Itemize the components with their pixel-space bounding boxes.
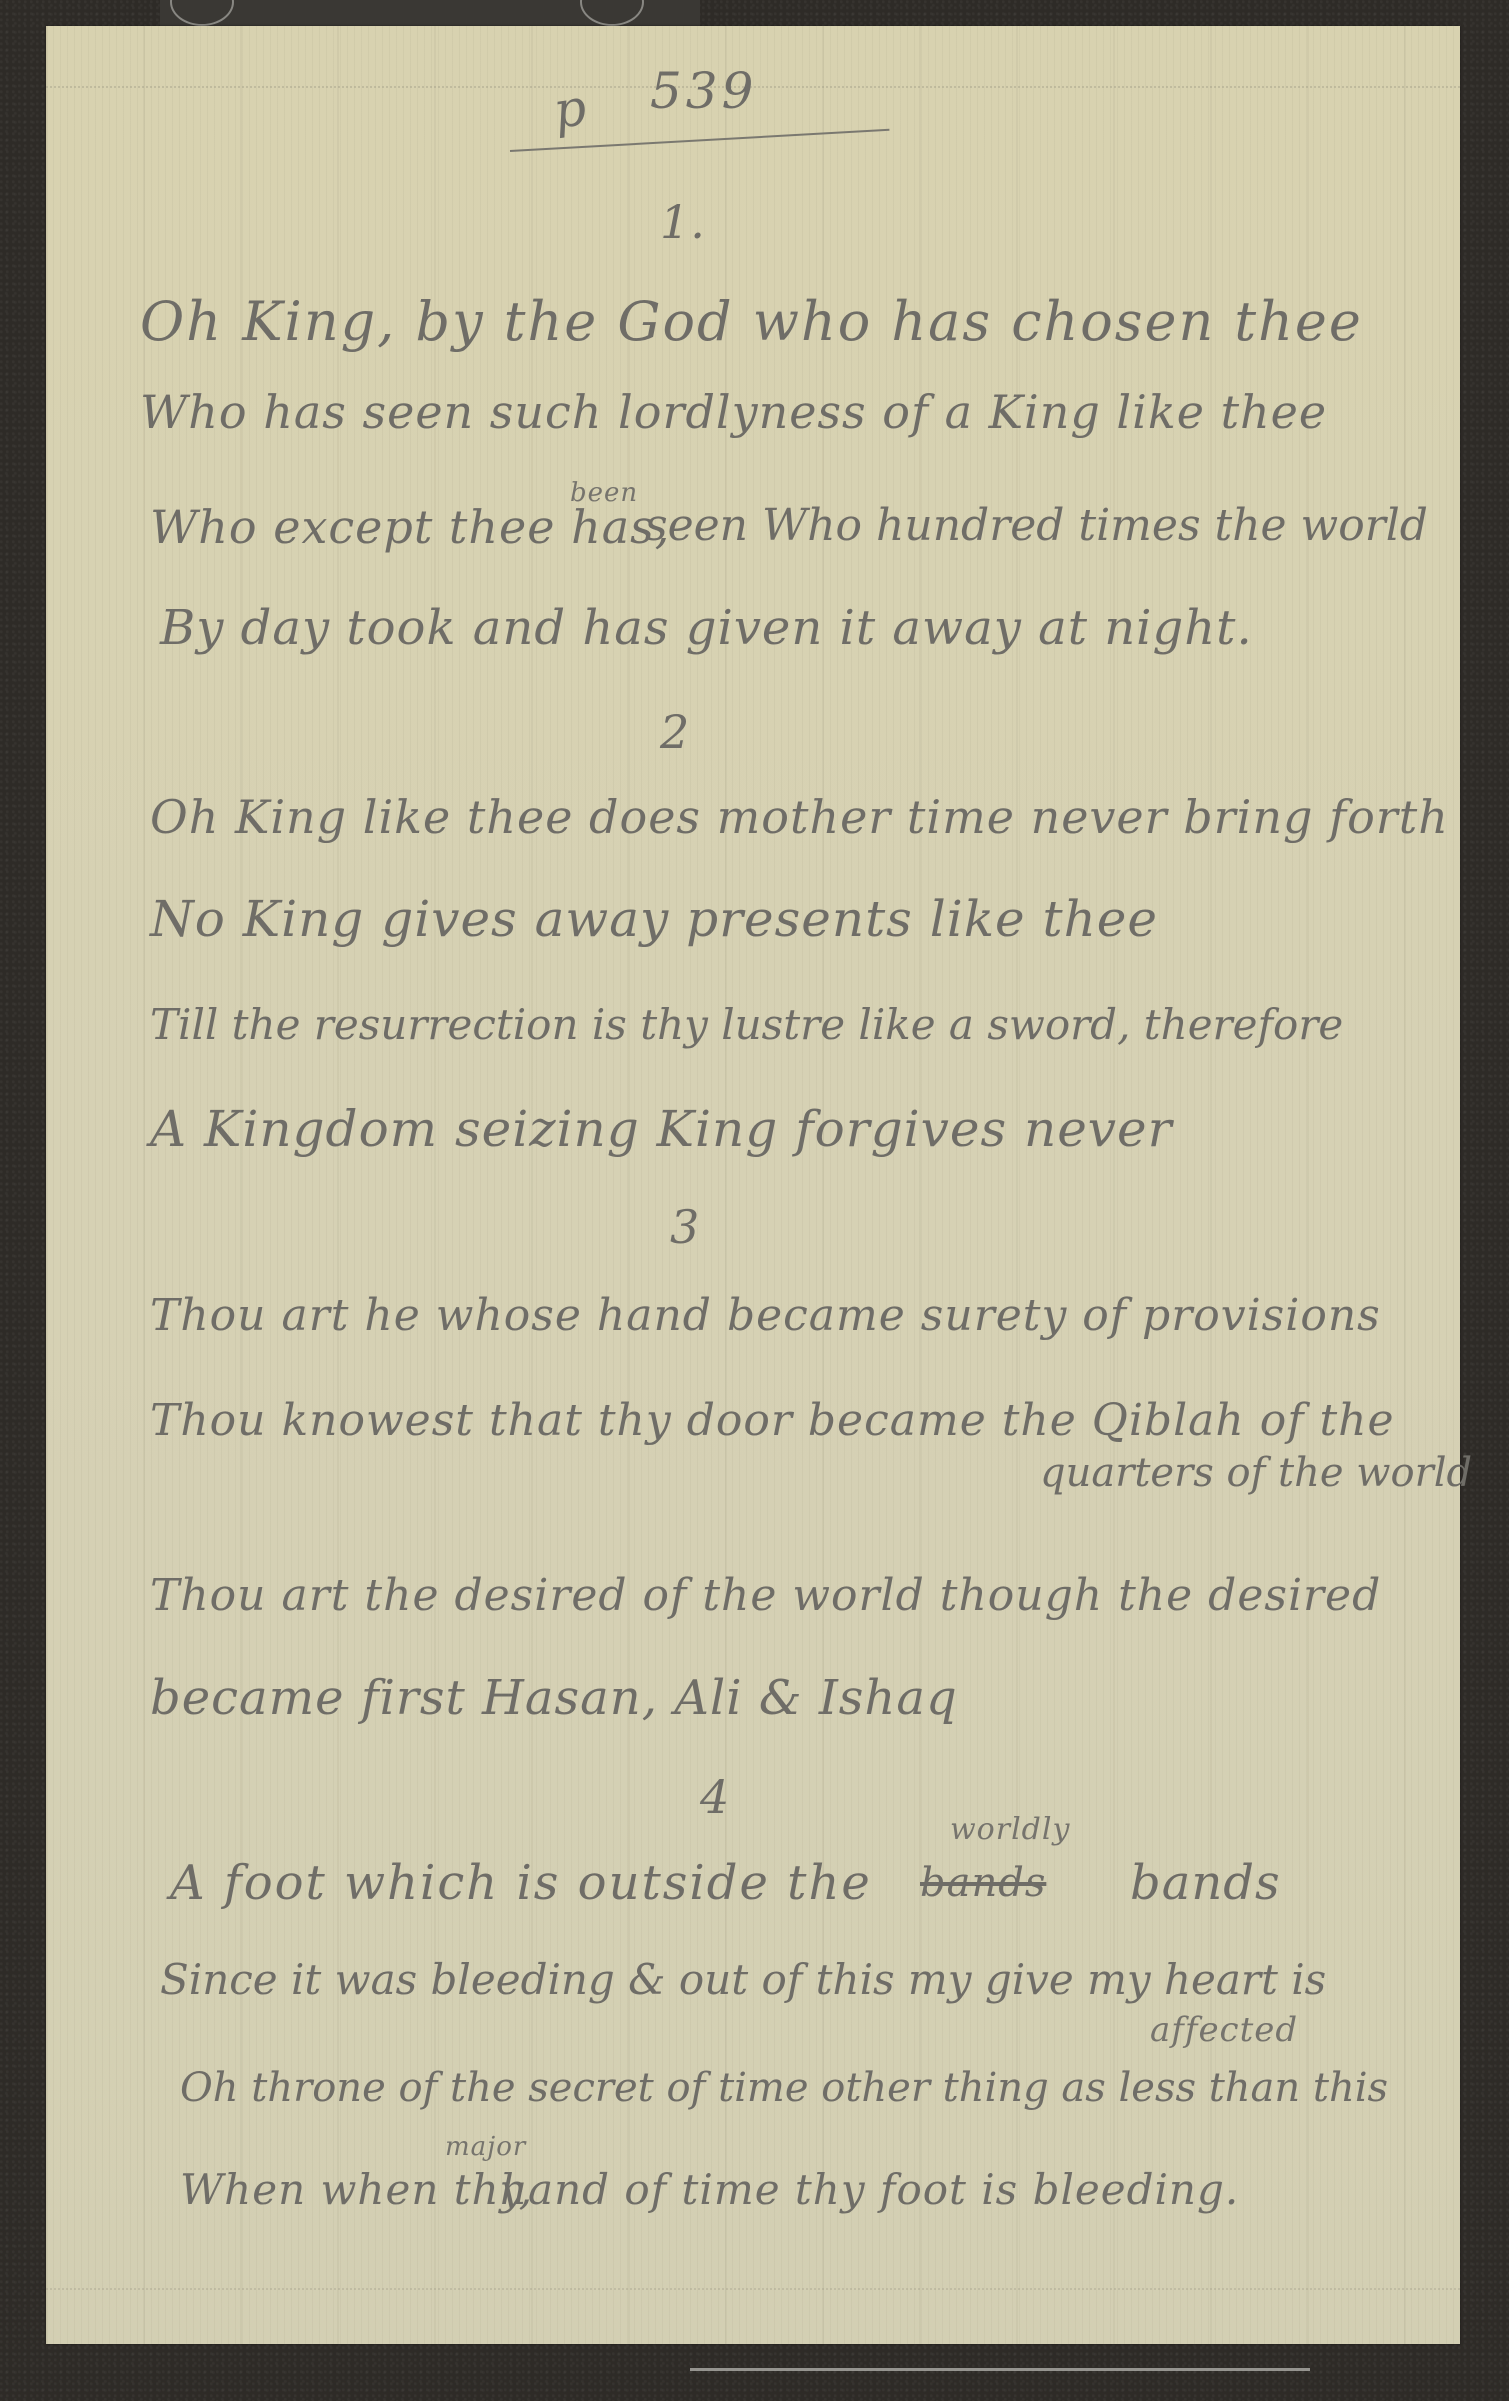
stanza-3-line-2-continuation: quarters of the world — [1040, 1450, 1472, 1496]
stanza-4-insertion-affected: affected — [1150, 2010, 1298, 2050]
stanza-4-struck-word: bands — [920, 1860, 1046, 1906]
stanza-4-line-1a: A foot which is outside the — [170, 1855, 872, 1911]
stanza-3-line-4: became first Hasan, Ali & Ishaq — [150, 1670, 958, 1726]
stanza-1-insertion-been: been — [570, 478, 638, 508]
stanza-4-line-4a: When when thy, — [180, 2165, 533, 2214]
stanza-4-line-2: Since it was bleeding & out of this my g… — [160, 1955, 1326, 2004]
page-reference-number: 539 — [650, 62, 757, 120]
mount-edge-strip — [690, 2368, 1310, 2371]
stanza-1-line-1: Oh King, by the God who has chosen thee — [140, 290, 1363, 353]
stanza-4-insertion-major: major — [445, 2132, 526, 2162]
stanza-4-insertion-worldly: worldly — [950, 1812, 1070, 1847]
clip-ring-icon — [580, 0, 644, 26]
stanza-4-line-1b: bands — [1130, 1855, 1281, 1911]
stanza-4-line-4b: hand of time thy foot is bleeding. — [500, 2165, 1239, 2214]
stanza-number-3: 3 — [670, 1200, 700, 1254]
stanza-number-2: 2 — [660, 705, 690, 759]
clip-ring-icon — [170, 0, 234, 26]
stanza-2-line-3: Till the resurrection is thy lustre like… — [150, 1000, 1343, 1049]
stanza-1-line-3a: Who except thee has, — [150, 500, 670, 554]
stanza-2-line-2: No King gives away presents like thee — [150, 890, 1158, 948]
stanza-3-line-2: Thou knowest that thy door became the Qi… — [150, 1395, 1395, 1446]
stanza-3-line-1: Thou art he whose hand became surety of … — [150, 1290, 1381, 1341]
stanza-4-line-3: Oh throne of the secret of time other th… — [180, 2065, 1388, 2111]
stanza-1-line-3b: seen Who hundred times the world — [645, 500, 1428, 551]
binder-clip — [160, 0, 700, 27]
stanza-number-1: 1. — [660, 195, 706, 249]
stanza-3-line-3: Thou art the desired of the world though… — [150, 1570, 1381, 1621]
stanza-number-4: 4 — [700, 1770, 730, 1824]
stanza-1-line-2: Who has seen such lordlyness of a King l… — [140, 385, 1327, 439]
stanza-2-line-4: A Kingdom seizing King forgives never — [150, 1100, 1173, 1158]
stanza-2-line-1: Oh King like thee does mother time never… — [150, 790, 1449, 844]
stanza-1-line-4: By day took and has given it away at nig… — [160, 600, 1253, 656]
